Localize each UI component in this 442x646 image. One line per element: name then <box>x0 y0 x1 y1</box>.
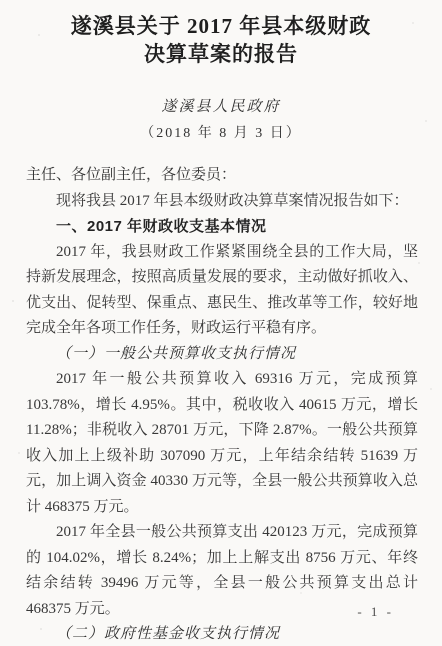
subsection-heading-government-funds: （二）政府性基金收支执行情况 <box>26 622 418 646</box>
document-body: 主任、各位副主任，各位委员： 现将我县 2017 年县本级财政决算草案情况报告如… <box>26 163 418 646</box>
scanned-document-page: 遂溪县关于 2017 年县本级财政 决算草案的报告 遂溪县人民政府 （2018 … <box>0 0 442 646</box>
paragraph-general-budget-revenue: 2017 年一般公共预算收入 69316 万元，完成预算 103.78%，增长 … <box>26 367 418 520</box>
page-number: - 1 - <box>357 604 394 620</box>
salutation: 主任、各位副主任，各位委员： <box>26 163 418 189</box>
issuing-authority: 遂溪县人民政府 <box>0 98 442 116</box>
document-title-line2: 决算草案的报告 <box>144 42 298 66</box>
paragraph-fiscal-overview: 2017 年，我县财政工作紧紧围绕全县的工作大局，坚持新发展理念，按照高质量发展… <box>26 240 418 342</box>
section-heading-fiscal-overview: 一、2017 年财政收支基本情况 <box>26 214 418 240</box>
document-title-line1: 遂溪县关于 2017 年县本级财政 <box>71 14 372 38</box>
document-title: 遂溪县关于 2017 年县本级财政 决算草案的报告 <box>24 12 418 68</box>
subsection-heading-general-budget: （一）一般公共预算收支执行情况 <box>26 342 418 368</box>
document-date: （2018 年 8 月 3 日） <box>0 125 442 142</box>
paragraph-intro: 现将我县 2017 年县本级财政决算草案情况报告如下： <box>26 189 418 215</box>
scan-noise <box>0 0 2 2</box>
